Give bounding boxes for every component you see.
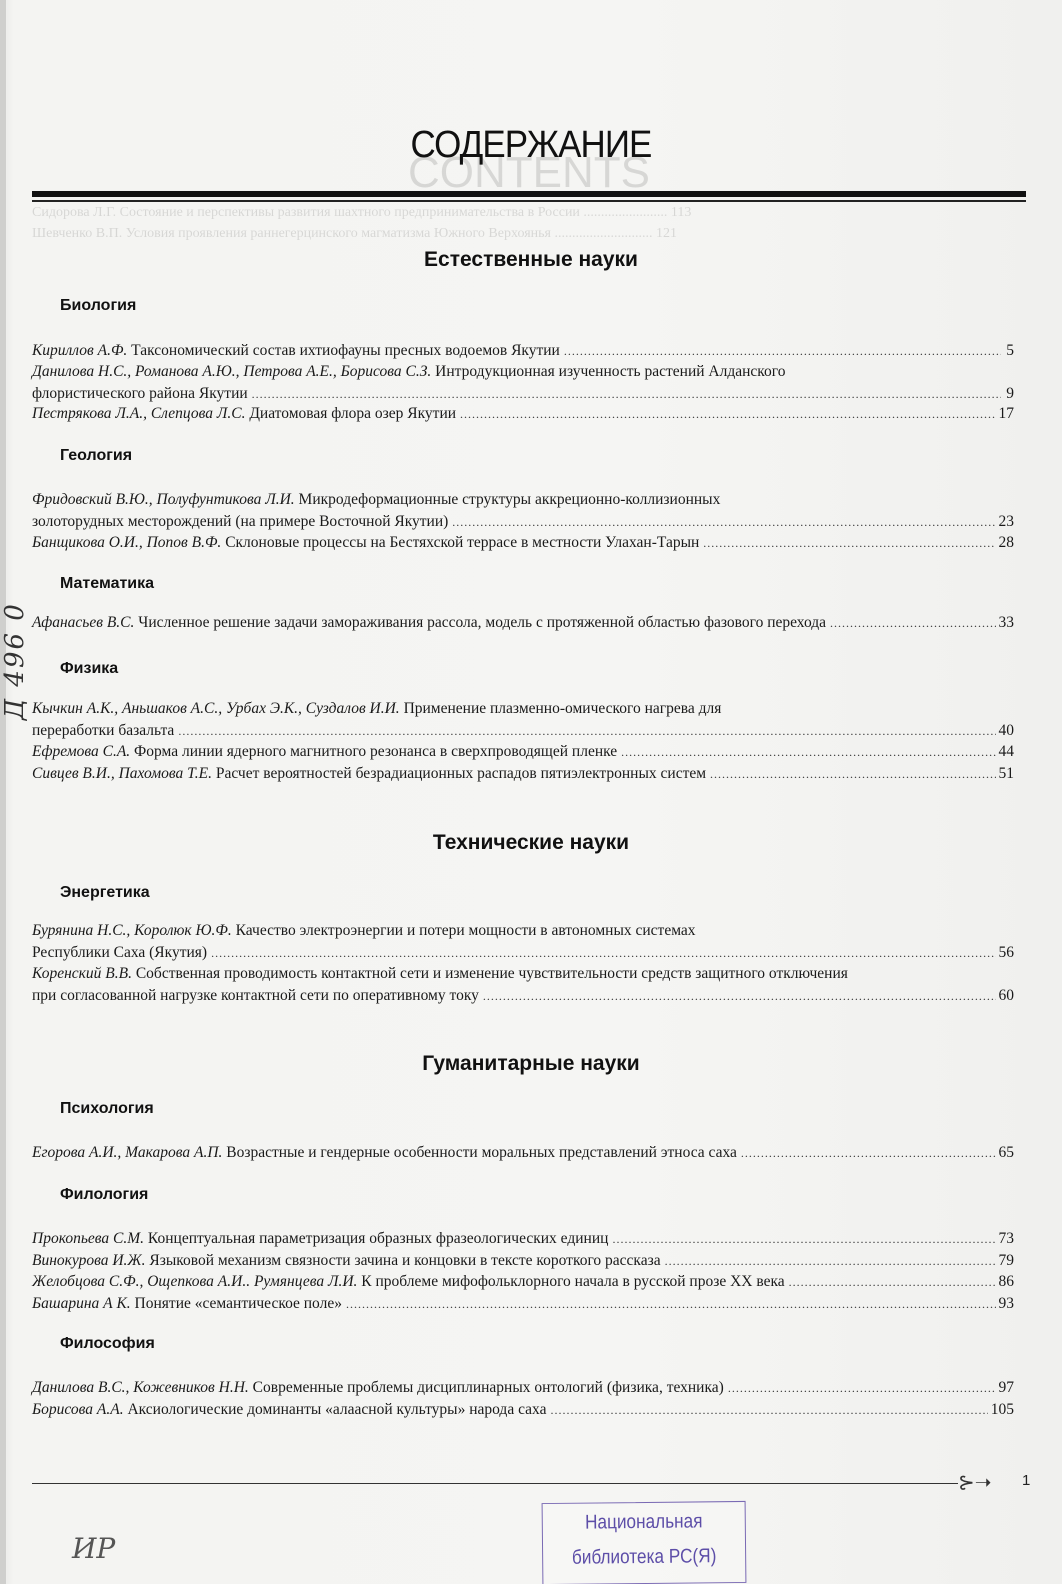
entry-page-number[interactable]: 23 xyxy=(999,511,1015,533)
entry-page-number[interactable]: 28 xyxy=(999,532,1015,554)
entry-title: Современные проблемы дисциплинарных онто… xyxy=(253,1377,724,1399)
entry-title: флористического района Якутии xyxy=(32,383,248,405)
toc-entry-line: Кириллов А.Ф. Таксономический состав ихт… xyxy=(32,340,1014,363)
page-number: 1 xyxy=(1022,1472,1030,1489)
entry-title: золоторудных месторождений (на примере В… xyxy=(32,511,448,533)
dot-leader xyxy=(665,1251,996,1273)
dot-leader xyxy=(830,613,995,635)
entry-page-number[interactable]: 9 xyxy=(1004,383,1014,405)
entry-authors: Бурянина Н.С., Королюк Ю.Ф. xyxy=(32,920,232,942)
toc-entry[interactable]: Прокопьева С.М. Концептуальная параметри… xyxy=(32,1228,1014,1251)
entry-page-number[interactable]: 60 xyxy=(999,985,1015,1007)
toc-entry-line: Афанасьев В.С. Численное решение задачи … xyxy=(32,612,1014,635)
toc-entry-line: флористического района Якутии9 xyxy=(32,383,1014,406)
dot-leader xyxy=(483,986,996,1008)
toc-entry-line: при согласованной нагрузке контактной се… xyxy=(32,985,1014,1008)
entry-authors: Башарина А К. xyxy=(32,1293,131,1315)
section-heading: Технические науки xyxy=(0,831,1062,855)
toc-entry[interactable]: Кычкин А.К., Аньшаков А.С., Урбах Э.К., … xyxy=(32,698,1014,742)
entry-title: при согласованной нагрузке контактной се… xyxy=(32,985,479,1007)
entry-authors: Данилова В.С., Кожевников Н.Н. xyxy=(32,1377,249,1399)
handwritten-initials: ИР xyxy=(72,1532,115,1565)
entry-title: Таксономический состав ихтиофауны пресны… xyxy=(131,340,560,362)
entry-page-number[interactable]: 105 xyxy=(991,1399,1014,1421)
toc-entry[interactable]: Афанасьев В.С. Численное решение задачи … xyxy=(32,612,1014,635)
dot-leader xyxy=(703,533,995,555)
toc-entry-line: золоторудных месторождений (на примере В… xyxy=(32,511,1014,534)
library-stamp: Национальная библиотека РС(Я) xyxy=(542,1501,747,1584)
entry-authors: Борисова А.А. xyxy=(32,1399,124,1421)
entry-page-number[interactable]: 51 xyxy=(999,763,1015,785)
page-edge xyxy=(0,0,6,1584)
toc-entry-line: Прокопьева С.М. Концептуальная параметри… xyxy=(32,1228,1014,1251)
subsection-heading: Геология xyxy=(60,447,132,465)
entry-title: Микродеформационные структуры аккреционн… xyxy=(299,489,721,511)
entry-title: Республики Саха (Якутия) xyxy=(32,942,207,964)
entry-authors: Банщикова О.И., Попов В.Ф. xyxy=(32,532,221,554)
toc-entry[interactable]: Пестрякова Л.А., Слепцова Л.С. Диатомова… xyxy=(32,403,1014,426)
entry-page-number[interactable]: 97 xyxy=(999,1377,1015,1399)
toc-entry-line: Фридовский В.Ю., Полуфунтикова Л.И. Микр… xyxy=(32,489,1014,511)
stamp-line-2: библиотека РС(Я) xyxy=(557,1545,731,1570)
entry-title: Качество электроэнергии и потери мощност… xyxy=(236,920,696,942)
handwritten-margin-note: Д 496 0 xyxy=(0,460,40,720)
toc-entry[interactable]: Данилова Н.С., Романова А.Ю., Петрова А.… xyxy=(32,361,1014,405)
entry-page-number[interactable]: 40 xyxy=(999,720,1015,742)
entry-page-number[interactable]: 86 xyxy=(999,1271,1015,1293)
subsection-heading: Математика xyxy=(60,575,154,593)
dot-leader xyxy=(252,384,1001,406)
dot-leader xyxy=(789,1272,996,1294)
entry-authors: Данилова Н.С., Романова А.Ю., Петрова А.… xyxy=(32,361,431,383)
toc-entry[interactable]: Коренский В.В. Собственная проводимость … xyxy=(32,963,1014,1007)
entry-title: Языковой механизм связности зачина и кон… xyxy=(149,1250,660,1272)
toc-entry-line: Борисова А.А. Аксиологические доминанты … xyxy=(32,1399,1014,1422)
ghost-bleed-line: Шевченко В.П. Условия проявления раннеге… xyxy=(32,226,677,242)
entry-authors: Егорова А.И., Макарова А.П. xyxy=(32,1142,222,1164)
entry-page-number[interactable]: 33 xyxy=(999,612,1015,634)
ghost-bleed-line: Сидорова Л.Г. Состояние и перспективы ра… xyxy=(32,205,691,221)
toc-entry-line: Данилова Н.С., Романова А.Ю., Петрова А.… xyxy=(32,361,1014,383)
subsection-heading: Филология xyxy=(60,1186,148,1204)
toc-entry[interactable]: Бурянина Н.С., Королюк Ю.Ф. Качество эле… xyxy=(32,920,1014,964)
entry-page-number[interactable]: 17 xyxy=(999,403,1015,425)
dot-leader xyxy=(178,721,995,743)
entry-page-number[interactable]: 79 xyxy=(999,1250,1015,1272)
toc-entry-line: Пестрякова Л.А., Слепцова Л.С. Диатомова… xyxy=(32,403,1014,426)
entry-authors: Кириллов А.Ф. xyxy=(32,340,127,362)
subsection-heading: Биология xyxy=(60,297,136,315)
stamp-line-1: Национальная xyxy=(557,1510,731,1535)
entry-title: Концептуальная параметризация образных ф… xyxy=(148,1228,609,1250)
section-heading: Гуманитарные науки xyxy=(0,1052,1062,1076)
entry-title: Понятие «семантическое поле» xyxy=(135,1293,342,1315)
entry-page-number[interactable]: 5 xyxy=(1004,340,1014,362)
toc-entry-line: Ефремова С.А. Форма линии ядерного магни… xyxy=(32,741,1014,764)
entry-page-number[interactable]: 65 xyxy=(999,1142,1015,1164)
entry-page-number[interactable]: 44 xyxy=(999,741,1015,763)
entry-authors: Коренский В.В. xyxy=(32,963,132,985)
dot-leader xyxy=(564,341,1001,363)
subsection-heading: Психология xyxy=(60,1100,154,1118)
toc-entry-line: Банщикова О.И., Попов В.Ф. Склоновые про… xyxy=(32,532,1014,555)
entry-page-number[interactable]: 93 xyxy=(999,1293,1015,1315)
scanned-page: CONTENTS Сидорова Л.Г. Состояние и персп… xyxy=(0,0,1062,1584)
toc-entry-line: Башарина А К. Понятие «семантическое пол… xyxy=(32,1293,1014,1316)
toc-entry-line: Сивцев В.И., Пахомова Т.Е. Расчет вероят… xyxy=(32,763,1014,786)
page-title: СОДЕРЖАНИЕ xyxy=(42,124,1019,167)
dot-leader xyxy=(621,742,995,764)
entry-title: Применение плазменно-омического нагрева … xyxy=(404,698,722,720)
dot-leader xyxy=(728,1378,996,1400)
dot-leader xyxy=(741,1143,996,1165)
entry-title: Диатомовая флора озер Якутии xyxy=(249,403,456,425)
entry-authors: Желобцова С.Ф., Ощепкова А.И.. Румянцева… xyxy=(32,1271,357,1293)
section-heading: Естественные науки xyxy=(0,248,1062,272)
toc-entry-line: Данилова В.С., Кожевников Н.Н. Современн… xyxy=(32,1377,1014,1400)
entry-authors: Прокопьева С.М. xyxy=(32,1228,144,1250)
entry-title: переработки базальта xyxy=(32,720,174,742)
toc-entry[interactable]: Банщикова О.И., Попов В.Ф. Склоновые про… xyxy=(32,532,1014,555)
entry-title: Расчет вероятностей безрадиационных расп… xyxy=(216,763,706,785)
subsection-heading: Философия xyxy=(60,1335,155,1353)
entry-page-number[interactable]: 56 xyxy=(999,942,1015,964)
toc-entry[interactable]: Данилова В.С., Кожевников Н.Н. Современн… xyxy=(32,1377,1014,1400)
subsection-heading: Энергетика xyxy=(60,884,150,902)
toc-entry-line: Винокурова И.Ж. Языковой механизм связно… xyxy=(32,1250,1014,1273)
toc-entry-line: Бурянина Н.С., Королюк Ю.Ф. Качество эле… xyxy=(32,920,1014,942)
ornament-arrow-icon: ⊱➝ xyxy=(958,1470,992,1494)
subsection-heading: Физика xyxy=(60,660,118,678)
entry-authors: Афанасьев В.С. xyxy=(32,612,134,634)
toc-entry-line: Желобцова С.Ф., Ощепкова А.И.. Румянцева… xyxy=(32,1271,1014,1294)
toc-entry[interactable]: Борисова А.А. Аксиологические доминанты … xyxy=(32,1399,1014,1422)
dot-leader xyxy=(346,1294,996,1316)
entry-title: Склоновые процессы на Бестяхской террасе… xyxy=(225,532,699,554)
dot-leader xyxy=(612,1229,995,1251)
dot-leader xyxy=(460,404,995,426)
toc-entry[interactable]: Ефремова С.А. Форма линии ядерного магни… xyxy=(32,741,1014,764)
entry-title: К проблеме мифофольклорного начала в рус… xyxy=(361,1271,784,1293)
toc-entry[interactable]: Кириллов А.Ф. Таксономический состав ихт… xyxy=(32,340,1014,363)
entry-page-number[interactable]: 73 xyxy=(999,1228,1015,1250)
toc-entry[interactable]: Фридовский В.Ю., Полуфунтикова Л.И. Микр… xyxy=(32,489,1014,533)
toc-entry[interactable]: Винокурова И.Ж. Языковой механизм связно… xyxy=(32,1250,1014,1273)
title-rule-thin xyxy=(32,200,1026,202)
entry-authors: Ефремова С.А. xyxy=(32,741,130,763)
entry-title: Форма линии ядерного магнитного резонанс… xyxy=(134,741,617,763)
toc-entry-line: Кычкин А.К., Аньшаков А.С., Урбах Э.К., … xyxy=(32,698,1014,720)
toc-entry[interactable]: Башарина А К. Понятие «семантическое пол… xyxy=(32,1293,1014,1316)
dot-leader xyxy=(710,764,995,786)
entry-authors: Пестрякова Л.А., Слепцова Л.С. xyxy=(32,403,245,425)
entry-title: Численное решение задачи замораживания р… xyxy=(138,612,826,634)
toc-entry[interactable]: Желобцова С.Ф., Ощепкова А.И.. Румянцева… xyxy=(32,1271,1014,1294)
entry-authors: Кычкин А.К., Аньшаков А.С., Урбах Э.К., … xyxy=(32,698,400,720)
entry-authors: Фридовский В.Ю., Полуфунтикова Л.И. xyxy=(32,489,295,511)
toc-entry-line: Коренский В.В. Собственная проводимость … xyxy=(32,963,1014,985)
footer-rule xyxy=(32,1483,958,1484)
toc-entry-line: Республики Саха (Якутия)56 xyxy=(32,942,1014,965)
toc-entry-line: переработки базальта40 xyxy=(32,720,1014,743)
dot-leader xyxy=(211,943,995,965)
toc-entry[interactable]: Егорова А.И., Макарова А.П. Возрастные и… xyxy=(32,1142,1014,1165)
entry-title: Аксиологические доминанты «алаасной куль… xyxy=(127,1399,546,1421)
dot-leader xyxy=(452,512,995,534)
entry-authors: Сивцев В.И., Пахомова Т.Е. xyxy=(32,763,212,785)
dot-leader xyxy=(550,1400,987,1422)
entry-title: Собственная проводимость контактной сети… xyxy=(136,963,848,985)
entry-title: Возрастные и гендерные особенности морал… xyxy=(226,1142,737,1164)
entry-title: Интродукционная изученность растений Алд… xyxy=(435,361,785,383)
entry-authors: Винокурова И.Ж. xyxy=(32,1250,145,1272)
toc-entry[interactable]: Сивцев В.И., Пахомова Т.Е. Расчет вероят… xyxy=(32,763,1014,786)
title-rule xyxy=(32,191,1026,197)
toc-entry-line: Егорова А.И., Макарова А.П. Возрастные и… xyxy=(32,1142,1014,1165)
